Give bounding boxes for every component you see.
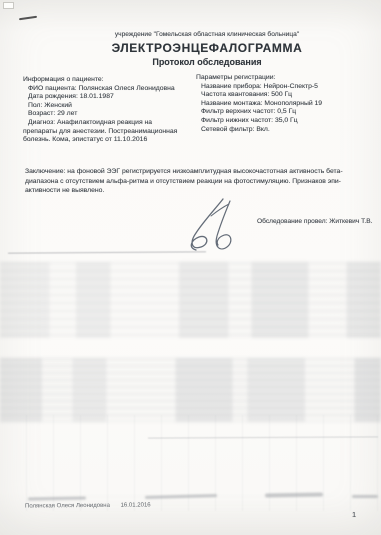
patient-info-heading: Информация о пациенте: [23,76,187,85]
registration-field-highpass: Фильтр верхних частот: 0,5 Гц [196,108,374,117]
institution-name: учреждение "Гомельская областная клиниче… [37,31,377,39]
registration-params-section: Параметры регистрации: Название прибора:… [196,74,374,134]
scanned-document-page: учреждение "Гомельская областная клиниче… [0,0,381,535]
examiner-label: Обследование провел: Житкевич Т.В. [257,218,372,225]
registration-field-device: Название прибора: Нейрон-Спектр-5 [196,83,374,92]
field-value: 29 лет [57,110,77,117]
ghost-line-artifact [8,251,206,254]
smudge-artifact [145,494,217,499]
field-label: Возраст: [28,110,55,117]
field-label: Фильтр верхних частот: [201,108,275,115]
footer-patient-name: Полянская Олеся Леонидовна [25,503,110,510]
field-label: Пол: [28,102,42,109]
document-subtitle: Протокол обследования [37,57,377,67]
field-value: Монополярный 19 [264,100,322,107]
patient-field-name: ФИО пациента: Полянская Олеся Леонидовна [23,85,187,94]
field-label: ФИО пациента: [28,85,77,92]
field-value: Нейрон-Спектр-5 [264,83,318,90]
ghost-grid-artifact [0,415,381,511]
registration-field-lowpass: Фильтр нижних частот: 35,0 Гц [196,117,374,126]
patient-field-age: Возраст: 29 лет [23,110,187,119]
field-value: 35,0 Гц [275,117,298,124]
field-value: 500 Гц [271,91,292,98]
page-number: 1 [352,510,356,519]
smudge-artifact [265,492,323,497]
field-label: Частота квантования: [201,91,269,98]
pen-mark-artifact [19,16,37,20]
conclusion-text: Заключение: на фоновой ЭЭГ регистрируетс… [25,167,366,196]
field-value: Полянская Олеся Леонидовна [79,85,175,92]
field-label: Сетевой фильтр: [201,126,254,133]
field-label: Фильтр нижних частот: [201,117,273,124]
patient-field-birthdate: Дата рождения: 18.01.1987 [23,93,187,102]
registration-heading: Параметры регистрации: [196,74,374,83]
field-value: 18.01.1987 [80,93,114,100]
patient-field-diagnosis: Диагноз: Анафилактоидная реакция на преп… [23,119,187,145]
ghost-band-artifact [0,262,381,338]
field-label: Диагноз: [28,119,55,126]
ghost-line-artifact [148,436,378,438]
registration-field-sampling: Частота квантования: 500 Гц [196,91,374,100]
scan-corner-artifact [3,2,14,9]
field-label: Название монтажа: [201,100,263,107]
patient-info-section: Информация о пациенте: ФИО пациента: Пол… [23,76,187,145]
field-value: 0,5 Гц [277,108,296,115]
handwritten-signature [183,196,245,254]
registration-field-notch: Сетевой фильтр: Вкл. [196,126,374,135]
field-label: Дата рождения: [28,93,78,100]
field-value: Вкл. [256,126,269,133]
footer-patient-line: Полянская Олеся Леонидовна 16.01.2016 [25,502,151,509]
footer-date: 16.01.2016 [121,502,151,508]
smudge-artifact [28,496,86,500]
smudge-artifact [352,495,378,498]
document-title: ЭЛЕКТРОЭНЦЕФАЛОГРАММА [37,41,377,55]
field-label: Название прибора: [201,83,262,90]
document-header: учреждение "Гомельская областная клиниче… [37,31,377,67]
ghost-band-artifact [0,358,381,422]
field-value: Женский [44,102,72,109]
